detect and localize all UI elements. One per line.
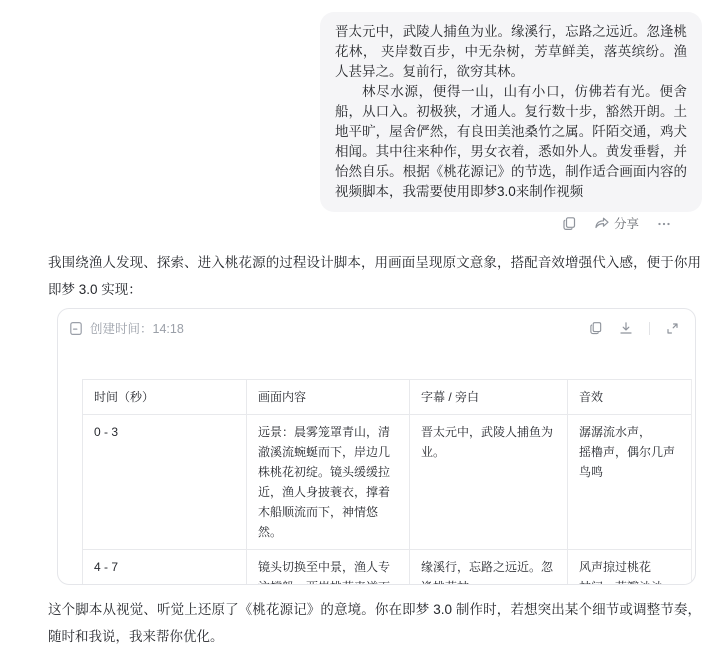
table-header-row: 时间（秒） 画面内容 字幕 / 旁白 音效 xyxy=(83,380,692,415)
copy-icon[interactable] xyxy=(562,216,577,231)
cell-visual: 远景：晨雾笼罩青山，清澈溪流蜿蜒而下，岸边几株桃花初绽。镜头缓缓拉近，渔人身披蓑… xyxy=(247,415,410,550)
cell-visual: 镜头切换至中景，渔人专注撑船，两岸桃花夹道而立 xyxy=(247,550,410,586)
cell-sound: 风声掠过桃花林间，花瓣沙沙 xyxy=(568,550,692,586)
copy-icon[interactable] xyxy=(589,321,603,335)
assistant-outro-text: 这个脚本从视觉、听觉上还原了《桃花源记》的意境。你在即梦 3.0 制作时，若想突… xyxy=(48,596,701,650)
user-message-paragraph: 林尽水源，便得一山，山有小口，仿佛若有光。便舍船，从口入。初极狭，才通人。复行数… xyxy=(335,82,687,202)
cell-sound: 潺潺流水声，摇橹声，偶尔几声鸟鸣 xyxy=(568,415,692,550)
share-button[interactable]: 分享 xyxy=(594,214,639,232)
table-row: 4 - 7 镜头切换至中景，渔人专注撑船，两岸桃花夹道而立 缘溪行，忘路之远近。… xyxy=(83,550,692,586)
header-divider xyxy=(649,322,650,335)
share-label: 分享 xyxy=(614,214,639,232)
col-header-visual: 画面内容 xyxy=(247,380,410,415)
cell-time: 0 - 3 xyxy=(83,415,247,550)
table-row: 0 - 3 远景：晨雾笼罩青山，清澈溪流蜿蜒而下，岸边几株桃花初绽。镜头缓缓拉近… xyxy=(83,415,692,550)
card-header: 创建时间：14:18 xyxy=(58,309,695,347)
cell-subtitle: 缘溪行，忘路之远近。忽逢桃花林 xyxy=(410,550,568,586)
card-created-time: 创建时间：14:18 xyxy=(90,319,184,337)
col-header-subtitle: 字幕 / 旁白 xyxy=(410,380,568,415)
user-message-actions: 分享 xyxy=(562,212,672,234)
storyboard-table: 时间（秒） 画面内容 字幕 / 旁白 音效 0 - 3 远景：晨雾笼罩青山，清澈… xyxy=(82,379,692,585)
user-message-bubble: 晋太元中，武陵人捕鱼为业。缘溪行，忘路之远近。忽逢桃花林， 夹岸数百步，中无杂树… xyxy=(320,12,702,212)
artifact-card: 创建时间：14:18 xyxy=(57,308,696,585)
download-icon[interactable] xyxy=(619,321,633,335)
cell-time: 4 - 7 xyxy=(83,550,247,586)
cell-subtitle: 晋太元中，武陵人捕鱼为业。 xyxy=(410,415,568,550)
col-header-sound: 音效 xyxy=(568,380,692,415)
card-header-icons xyxy=(589,321,679,335)
document-icon xyxy=(69,321,83,336)
expand-icon[interactable] xyxy=(666,322,679,335)
col-header-time: 时间（秒） xyxy=(83,380,247,415)
more-icon[interactable] xyxy=(656,216,672,231)
storyboard-table-viewport[interactable]: 时间（秒） 画面内容 字幕 / 旁白 音效 0 - 3 远景：晨雾笼罩青山，清澈… xyxy=(82,379,692,585)
share-icon xyxy=(594,216,610,231)
user-message-paragraph: 晋太元中，武陵人捕鱼为业。缘溪行，忘路之远近。忽逢桃花林， 夹岸数百步，中无杂树… xyxy=(335,22,687,82)
assistant-intro-text: 我围绕渔人发现、探索、进入桃花源的过程设计脚本，用画面呈现原文意象，搭配音效增强… xyxy=(48,249,701,303)
